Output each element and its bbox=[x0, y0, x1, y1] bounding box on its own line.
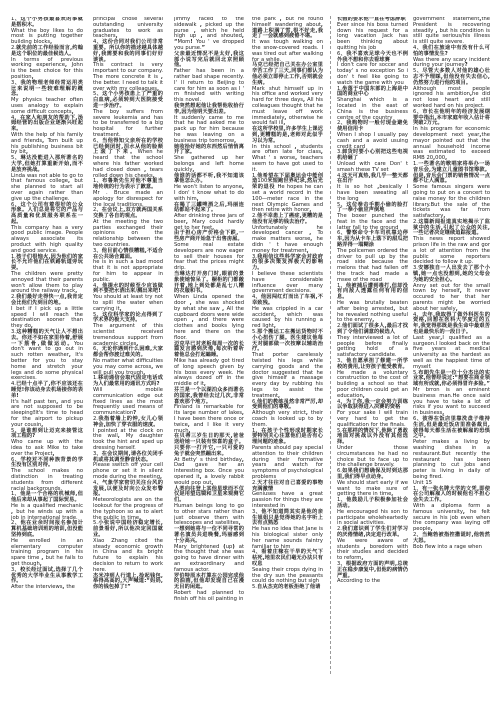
paragraph: I pointed at the clock on the wall, My d… bbox=[93, 429, 163, 452]
paragraph: 6.如果我们想确保及时到达那里,我们得早点动身。 bbox=[337, 469, 408, 481]
text-column-4: the park , but he found himself wanderin… bbox=[252, 17, 323, 591]
paragraph: Mr . Bruce made an apology for disrespec… bbox=[93, 191, 163, 208]
paragraph: 4、气象学家密切关注台风的发展,以便及时向公众发布警报。 bbox=[93, 481, 163, 498]
paragraph: 1.孩子们很恼火,因为他们的家长不允许他们在铁路轨道旁玩耍。 bbox=[11, 255, 83, 272]
paragraph: He was crippled in a car accident, which… bbox=[252, 307, 323, 330]
paragraph: Under those circumstances he had no choi… bbox=[337, 446, 408, 469]
paragraph: When I shop I usually pay cash and a avo… bbox=[337, 133, 408, 150]
paragraph: Jimmy raced to the sidewalk , picked up … bbox=[174, 17, 244, 52]
paragraph: The boy suffers from severe leukemia and… bbox=[93, 110, 163, 139]
paragraph: 6、市长在他明年的经济发展纲要中指出,本市家庭年收入估计将突破2万元。 bbox=[413, 110, 490, 127]
paragraph: My physics teacher often uses analogy to… bbox=[11, 98, 83, 115]
paragraph: This contract is very important to our c… bbox=[93, 63, 163, 92]
text-column-3: Jimmy raced to the sidewalk , picked up … bbox=[174, 17, 244, 602]
paragraph: In terms of previous working experience,… bbox=[11, 58, 83, 81]
paragraph: I don't care for soccer and today' s no … bbox=[337, 63, 408, 86]
paragraph: Human beings long to go to other stars r… bbox=[174, 504, 244, 527]
paragraph: In his program for economic development … bbox=[413, 127, 490, 162]
paragraph: Father has been in a rather bad shape re… bbox=[174, 69, 244, 104]
paragraph: 5.那个搬运工在搬运货物时不小心扭伤了腿。医生建议他每天对腿部做一次按摩以辅助治… bbox=[252, 330, 323, 353]
paragraph: He was brutally beaten after being arres… bbox=[337, 301, 408, 324]
fold-line bbox=[330, 16, 331, 674]
paragraph: Some real estate developers are now eage… bbox=[174, 243, 244, 272]
text-column-5: 长假的要求他一直在考虑辞职Ever since his boss turned … bbox=[337, 17, 408, 585]
paragraph: It was tough walking on the snow-covered… bbox=[252, 40, 323, 63]
paragraph: Will mobile communication edge out fixed… bbox=[93, 388, 163, 417]
paragraph: Peter makes a living by washing dishes i… bbox=[413, 440, 490, 481]
paragraph: After the interviews, the bbox=[11, 585, 83, 591]
paragraph: Although most people ignored his ambitio… bbox=[413, 87, 490, 110]
paragraph: Unfortunately he developed cancer , To m… bbox=[252, 226, 323, 255]
paragraph: He has no idea that Jane is his biologic… bbox=[252, 527, 323, 550]
paragraph: 人类向往登上其他星球而不仅仅是用望远镜和卫星来观测它们。 bbox=[174, 487, 244, 504]
paragraph: That porter carelessly twisted his legs … bbox=[252, 353, 323, 399]
paragraph: What the boy likes to do most is putting… bbox=[11, 29, 83, 46]
paragraph: With the help of his family and friends,… bbox=[11, 133, 83, 156]
paragraph: 罗伯特原本打算在公园完成他的油画,但他却发现自己在漫无目的闲逛。 bbox=[174, 574, 244, 591]
paragraph: 5、琳达没能进入那所著名的大学,但她打算重新开始,而不是放弃挑战。 bbox=[11, 156, 83, 173]
paragraph: She gathered up her belongs and left hom… bbox=[174, 156, 244, 173]
paragraph: In this school , students are often late… bbox=[252, 145, 323, 174]
paragraph: 6、当他得知父亲所在的学校已经倒闭时,泪水从他的脸颊上滚了下来。When he … bbox=[93, 139, 163, 180]
paragraph: 1、有一张名牌大学的文凭,即使在公司解雇人的时候他也不担心会失去工作。 bbox=[413, 487, 490, 504]
paragraph: We should start early if we want to make… bbox=[337, 481, 408, 498]
paragraph: Shanghai which is a located in the east … bbox=[337, 98, 408, 121]
paragraph: 父亲最近情况不是太好,我这部小说写完后就回北京照顾他。 bbox=[174, 52, 244, 69]
paragraph: I believe these scientists have consider… bbox=[252, 272, 323, 295]
paragraph: This company has a very good public imag… bbox=[11, 226, 83, 255]
paragraph: He is a qualified mechanic , but he wind… bbox=[11, 504, 83, 521]
paragraph: The children were pretty annoyed that th… bbox=[11, 272, 83, 295]
paragraph: 当琳达打开房门时,眼前的景象使她惊呆了。橱柜的门都敞开着,地上到处都是乱七八糟的… bbox=[174, 272, 244, 295]
paragraph: He won't listen to anyone, I don' t know… bbox=[174, 185, 244, 202]
paragraph: 2.这篇新闻报道真实地揭示了监狱中的生活,引起了公众的关注,一些记者决定继续追踪… bbox=[413, 220, 490, 237]
paragraph: 5.小张说中国经济稳定增长,前景看好,所以他决定回国就业。 bbox=[93, 521, 163, 538]
paragraph: 2.我指着墙上的钟,女儿心领神会,加快了穿衣服的速度。 bbox=[93, 417, 163, 429]
paragraph: 3.安娜独自一人出发去了那个小镇,她一点也没想到,她的父母会为她的安全担心。 bbox=[413, 266, 490, 283]
paragraph: No matter what difficulties you may come… bbox=[93, 359, 163, 376]
paragraph: The school makes no distinction in treat… bbox=[11, 469, 83, 492]
paragraph: For your sake I will train very hard to … bbox=[337, 411, 408, 428]
paragraph: 在这所学校里,许多学生上课迟到,更糟糕的是,老师对此似乎习以为常。 bbox=[252, 127, 323, 144]
paragraph: 3、我的物理老师经常运用类比来说明一些较难理解的概念。 bbox=[11, 81, 83, 98]
paragraph: 2、当鲍勃被指控撒谎时,他勃然大怒。 bbox=[413, 533, 490, 545]
paragraph: The argument of this scientist received … bbox=[93, 324, 163, 347]
paragraph: 1、这个小男孩最喜欢的事就是搭积木。 bbox=[11, 17, 83, 29]
paragraph: 1、他鼓励儿子积极参加社会活动。 bbox=[337, 498, 408, 510]
paragraph: 3、他不知道简其实是他的亲生姐姐只是觉得她的名字听上去有点熟悉 bbox=[252, 510, 323, 527]
paragraph: 2.他不幸患上了癌症,更糟的是他没有足够的钱去治疗。 bbox=[252, 214, 323, 226]
paragraph: Parents should pay special attention to … bbox=[252, 446, 323, 481]
paragraph: Mr brron is an eminent business man.He o… bbox=[413, 388, 490, 417]
paragraph: 6、这个公司有着很好的公众形象。人们总是将它的产品与高质量和优质服务联系在一起。 bbox=[11, 203, 83, 226]
paragraph: When Linda opened the door , she was sho… bbox=[174, 295, 244, 341]
paragraph: Although very strict, their coach is loo… bbox=[252, 411, 323, 428]
paragraph: 4、在家人和朋友的帮助下,汤姆经营的出版企业逐渐兴旺起来。 bbox=[11, 116, 83, 133]
paragraph: Robert had planned to finish off his oil… bbox=[174, 591, 244, 603]
paragraph: 3.我相信这些科学家会对政府的很多决策发挥极大的影响力。 bbox=[252, 255, 323, 272]
cheat-sheet-page: 1、这个小男孩最喜欢的事就是搭积木。What the boy likes to … bbox=[0, 0, 496, 702]
paragraph: 5.布朗先生是一位十分杰出的实业家,他曾经说过:“想要在商业领域有所成就,你必须… bbox=[413, 371, 490, 388]
paragraph: 迈克早已对老板每周一次的长篇发言感到厌倦,每次听着听着他总会打起瞌睡。 bbox=[174, 342, 244, 359]
paragraph: Some famous singers were going to put on… bbox=[413, 185, 490, 220]
paragraph: 6、彼得在饭店里靠洗盘子维持生活,但是最近饭店里准备裁员,彼得每天都生活在被解雇… bbox=[413, 417, 490, 440]
paragraph: 芬兰是一个以湖泊众多而著名的国家,我曾经去过几次,非常喜欢那个地方。 bbox=[174, 388, 244, 405]
paragraph: The policemen ordered the driver to pull… bbox=[337, 249, 408, 284]
paragraph: He made a voluntary construction to the … bbox=[337, 371, 408, 400]
paragraph: They interviewed a lot of people before … bbox=[337, 336, 408, 359]
paragraph: 4、我们在旅途中有没有什么可怕的事情发生? bbox=[413, 46, 490, 58]
paragraph: 3、校长经过面试,选择了几个优秀的大学毕业生从事教学工作。 bbox=[11, 568, 83, 585]
paragraph: 4、去年,我取得了做外科医生的资格,回想在医科大学度过的五年,我觉得那既是我生命… bbox=[413, 313, 490, 336]
paragraph: 一想到她将与一位不同寻常的著名演员共进晚餐,玛丽感到十分高兴。 bbox=[174, 527, 244, 544]
text-column-6: government statement,the President is re… bbox=[413, 17, 490, 550]
paragraph: 6、警察命令卡车司机靠边停车,因为从卡车上落下的甜瓜把路弄得一塌糊涂 bbox=[337, 231, 408, 248]
paragraph: At the meeting the two parties exchanged… bbox=[93, 220, 163, 249]
paragraph: Seaing their crops dying in the dry sun … bbox=[252, 568, 323, 585]
paragraph: Geniuses have a great passion for things… bbox=[252, 492, 323, 509]
paragraph: Xiao Zhang cited the steady economic gro… bbox=[93, 539, 163, 574]
paragraph: He encouraged his son to participate who… bbox=[337, 510, 408, 527]
paragraph: 1、在孩子个性形成时期家长要特别关心注意他们是否有心理问题的迹象。 bbox=[252, 429, 323, 446]
paragraph: At Betty' s third birthday, Dad gave her… bbox=[174, 458, 244, 487]
paragraph: It's half past ten, and you are not supp… bbox=[11, 400, 83, 429]
paragraph: 3、他自愿承担了修建一所学校的费用,让穷孩子能受教育。 bbox=[337, 359, 408, 371]
paragraph: 4.已经十点半了,你不应该还在睡觉!你该动身去机场接你的表弟! bbox=[11, 382, 83, 399]
paragraph: Who came up with the idea to ask Mike to… bbox=[11, 440, 83, 457]
paragraph: He enrolled in an elementary computer tr… bbox=[11, 539, 83, 568]
paragraph: After drinking three jars of beer, Mary … bbox=[174, 214, 244, 231]
paragraph: We were aware of students , boredom with… bbox=[337, 539, 408, 562]
paragraph: This news report showed prison life in t… bbox=[413, 237, 490, 266]
paragraph: government statement,the President is re… bbox=[413, 17, 490, 46]
paragraph: It suddenly came to me that he had asked… bbox=[174, 116, 244, 145]
paragraph: Please switch off your cell phone or set… bbox=[93, 463, 163, 480]
paragraph: 在贝蒂三岁生日的那天,爸爸送给她一只装有惊喜的盒子。只要你一打开它,一只可爱的兔… bbox=[174, 434, 244, 457]
paragraph: 5.在那样的情况下,他除了勇敢地面对挑战以外没有其他选择。 bbox=[337, 429, 408, 446]
paragraph: he is in such a bad mood that it is not … bbox=[93, 260, 163, 283]
paragraph: 5、尽管大多数人对他的雄心壮志不予理睬,但他没有失去信心,仍然努力进行他的项目。 bbox=[413, 69, 490, 86]
paragraph: Mike has already got tired of long speec… bbox=[174, 359, 244, 388]
paragraph: Anny set out for the small town by herse… bbox=[413, 284, 490, 313]
paragraph: The boxer punched the feat in the face a… bbox=[337, 214, 408, 231]
paragraph: 2.就先前的工作经验而言,约翰是这个职位的最佳候选人。 bbox=[11, 46, 83, 58]
paragraph: Last year,I qualified as a surgeon.I loo… bbox=[413, 336, 490, 371]
paragraph: It is so hot ,besically I have been swea… bbox=[337, 185, 408, 202]
paragraph: I bet if I pick up a little speed I will… bbox=[11, 307, 83, 330]
paragraph: Finland is remarkable for its large numb… bbox=[174, 405, 244, 434]
paragraph: 杰米冲到人行道上,捡起钱包,举得高高的,大声喊道:“妈妈,你的钱包掉了!” bbox=[93, 574, 163, 591]
paragraph: 1、他被捕后遭到毒打,但却没有向敌人透露任何有用的信息。 bbox=[337, 284, 408, 301]
paragraph: 2.我们意识到了学生们对学习的厌倦情绪,决定进行改革。 bbox=[337, 527, 408, 539]
paragraph: 3、根据政府方面的声明,总统正在稳步康复中,但他的病情仍严重。 bbox=[337, 562, 408, 579]
paragraph: 马克已经把自己关在办公室里辛苦工作了三天,同事们都认为他必须立即停止工作,否则就… bbox=[252, 63, 323, 86]
paragraph: 我突然想起他让我帮他收拾行李,因为他明天要出差。 bbox=[174, 104, 244, 116]
paragraph: Bob flew into a rage when bbox=[413, 545, 490, 551]
paragraph: According to the bbox=[337, 579, 408, 585]
paragraph: 3.这种糟糕的天气让人不想出去。你还不如在家里待着,舒展一下筋骨,做做运动。Yo… bbox=[11, 330, 83, 382]
paragraph: 2、他在业余时间报名参加计算机基础培训班的培训,但没能坚持到底。 bbox=[11, 521, 83, 538]
paragraph: You should at least try not to spill the… bbox=[93, 295, 163, 312]
paragraph: With a diploma form a famous university,… bbox=[413, 504, 490, 533]
paragraph: 4、看着庄稼在干旱的天气下枯死,地里农民们毫无办法只有叹息 bbox=[252, 550, 323, 567]
paragraph: Ever since his boss turned down his requ… bbox=[337, 23, 408, 52]
paragraph: 5.自从杰克的老板拒绝了他请 bbox=[252, 585, 323, 591]
paragraph: 1.他希望在下届奥运会中能创造100米短跑世界纪录,然后光荣的退役 He hop… bbox=[252, 174, 323, 215]
paragraph: 4、这份合同对我们公司非常重要。所以你的描述越具体越好,我需要和我的同事们好好谈… bbox=[93, 40, 163, 63]
paragraph: Linda was not able to go to that famous … bbox=[11, 174, 83, 203]
paragraph: Mark shut himself up in his office and w… bbox=[252, 87, 323, 128]
text-column-1: 1、这个小男孩最喜欢的事就是搭积木。What the boy likes to … bbox=[11, 17, 83, 591]
paragraph: the park , but he found himself wanderin… bbox=[252, 17, 323, 40]
paragraph: principal chose several outstanding univ… bbox=[93, 17, 163, 40]
paragraph: 5、这个小男孩患上了严重的白血病,必须转到大医院接受进一步治疗。 bbox=[93, 92, 163, 109]
paragraph: 1.一些著名的歌唱家将举办一场音乐会,为建立儿童图书馆筹款。但是,音乐会门票的销… bbox=[413, 162, 490, 185]
paragraph: Meteorologists are on the lookout for th… bbox=[93, 498, 163, 521]
text-column-2: principal chose several outstanding univ… bbox=[93, 17, 163, 591]
paragraph: Mary brightened (up) at the thought that… bbox=[174, 545, 244, 574]
